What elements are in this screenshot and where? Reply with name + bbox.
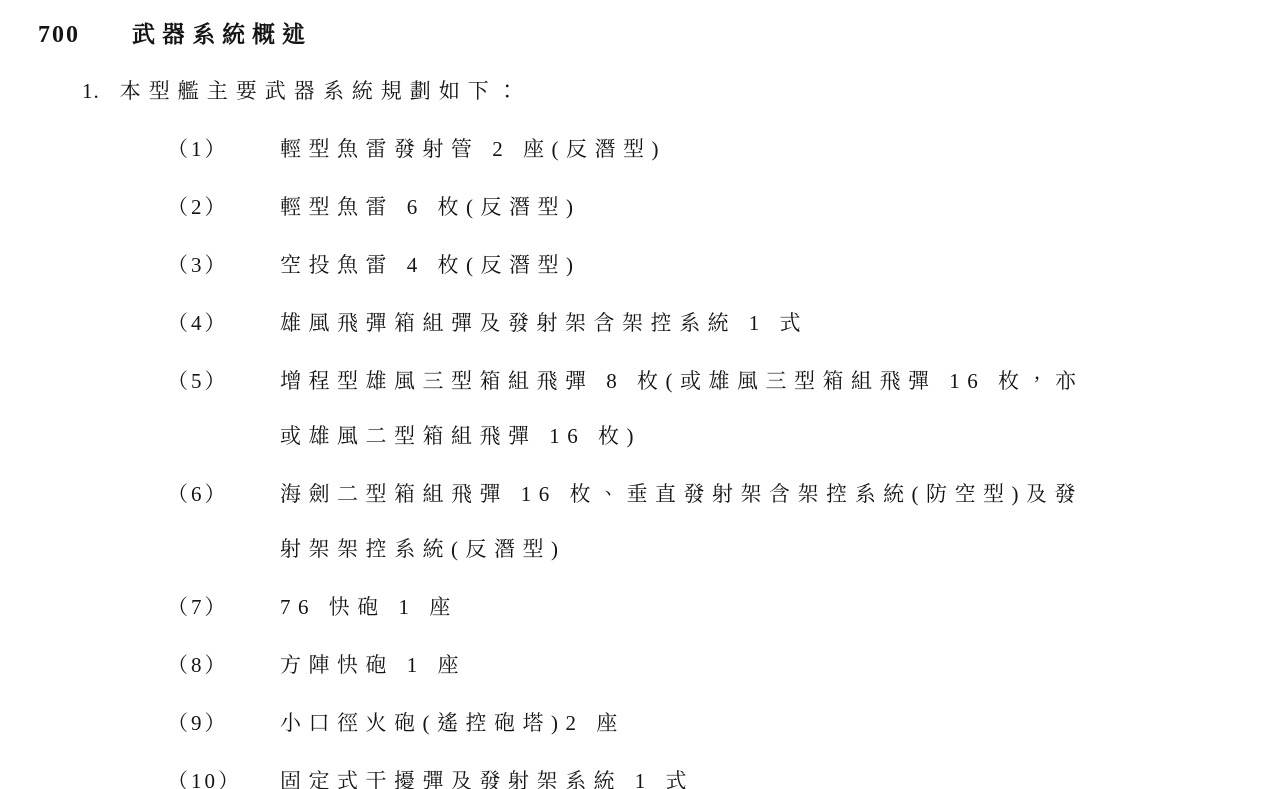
item-number: （10）: [167, 767, 280, 789]
list-item: （6） 海劍二型箱組飛彈 16 枚、垂直發射架含架控系統(防空型)及發 射架架控…: [167, 480, 1280, 563]
section-title: 武器系統概述: [132, 16, 312, 49]
list-item: （7） 76 快砲 1 座: [167, 593, 1280, 621]
item-text-line: 76 快砲 1 座: [280, 593, 1225, 621]
item-number: （2）: [167, 193, 280, 221]
item-content: 增程型雄風三型箱組飛彈 8 枚(或雄風三型箱組飛彈 16 枚，亦 或雄風二型箱組…: [280, 367, 1225, 450]
item-content: 76 快砲 1 座: [280, 593, 1225, 621]
item-number: （3）: [167, 251, 280, 279]
item-text-line: 增程型雄風三型箱組飛彈 8 枚(或雄風三型箱組飛彈 16 枚，亦: [280, 367, 1225, 395]
item-content: 固定式干擾彈及發射架系統 1 式: [280, 767, 1225, 789]
weapons-list: （1） 輕型魚雷發射管 2 座(反潛型) （2） 輕型魚雷 6 枚(反潛型) （…: [0, 135, 1280, 789]
section-number: 700: [38, 22, 80, 49]
list-item: （2） 輕型魚雷 6 枚(反潛型): [167, 193, 1280, 221]
item-number: （1）: [167, 135, 280, 163]
item-number: （5）: [167, 367, 280, 395]
item-text-line: 固定式干擾彈及發射架系統 1 式: [280, 767, 1225, 789]
section-heading: 700 武器系統概述: [38, 16, 1280, 49]
item-content: 方陣快砲 1 座: [280, 651, 1225, 679]
item-number: （8）: [167, 651, 280, 679]
list-item: （9） 小口徑火砲(遙控砲塔)2 座: [167, 709, 1280, 737]
item-number: （6）: [167, 480, 280, 508]
item-text-line: 輕型魚雷發射管 2 座(反潛型): [280, 135, 1225, 163]
intro-line: 1. 本型艦主要武器系統規劃如下：: [82, 75, 1280, 105]
item-number: （7）: [167, 593, 280, 621]
item-text-line: 或雄風二型箱組飛彈 16 枚): [280, 422, 1225, 450]
item-number: （9）: [167, 709, 280, 737]
item-text-line: 射架架控系統(反潛型): [280, 535, 1225, 563]
list-item: （4） 雄風飛彈箱組彈及發射架含架控系統 1 式: [167, 309, 1280, 337]
list-item: （8） 方陣快砲 1 座: [167, 651, 1280, 679]
item-text-line: 輕型魚雷 6 枚(反潛型): [280, 193, 1225, 221]
item-content: 小口徑火砲(遙控砲塔)2 座: [280, 709, 1225, 737]
item-text-line: 小口徑火砲(遙控砲塔)2 座: [280, 709, 1225, 737]
item-text-line: 海劍二型箱組飛彈 16 枚、垂直發射架含架控系統(防空型)及發: [280, 480, 1225, 508]
list-item: （1） 輕型魚雷發射管 2 座(反潛型): [167, 135, 1280, 163]
list-item: （5） 增程型雄風三型箱組飛彈 8 枚(或雄風三型箱組飛彈 16 枚，亦 或雄風…: [167, 367, 1280, 450]
item-content: 雄風飛彈箱組彈及發射架含架控系統 1 式: [280, 309, 1225, 337]
item-text-line: 方陣快砲 1 座: [280, 651, 1225, 679]
item-content: 輕型魚雷發射管 2 座(反潛型): [280, 135, 1225, 163]
document-page: 700 武器系統概述 1. 本型艦主要武器系統規劃如下： （1） 輕型魚雷發射管…: [0, 0, 1280, 789]
intro-marker: 1.: [82, 79, 100, 104]
item-content: 海劍二型箱組飛彈 16 枚、垂直發射架含架控系統(防空型)及發 射架架控系統(反…: [280, 480, 1225, 563]
list-item: （3） 空投魚雷 4 枚(反潛型): [167, 251, 1280, 279]
item-content: 空投魚雷 4 枚(反潛型): [280, 251, 1225, 279]
item-number: （4）: [167, 309, 280, 337]
item-text-line: 空投魚雷 4 枚(反潛型): [280, 251, 1225, 279]
item-text-line: 雄風飛彈箱組彈及發射架含架控系統 1 式: [280, 309, 1225, 337]
list-item: （10） 固定式干擾彈及發射架系統 1 式: [167, 767, 1280, 789]
intro-text: 本型艦主要武器系統規劃如下：: [120, 75, 526, 105]
item-content: 輕型魚雷 6 枚(反潛型): [280, 193, 1225, 221]
